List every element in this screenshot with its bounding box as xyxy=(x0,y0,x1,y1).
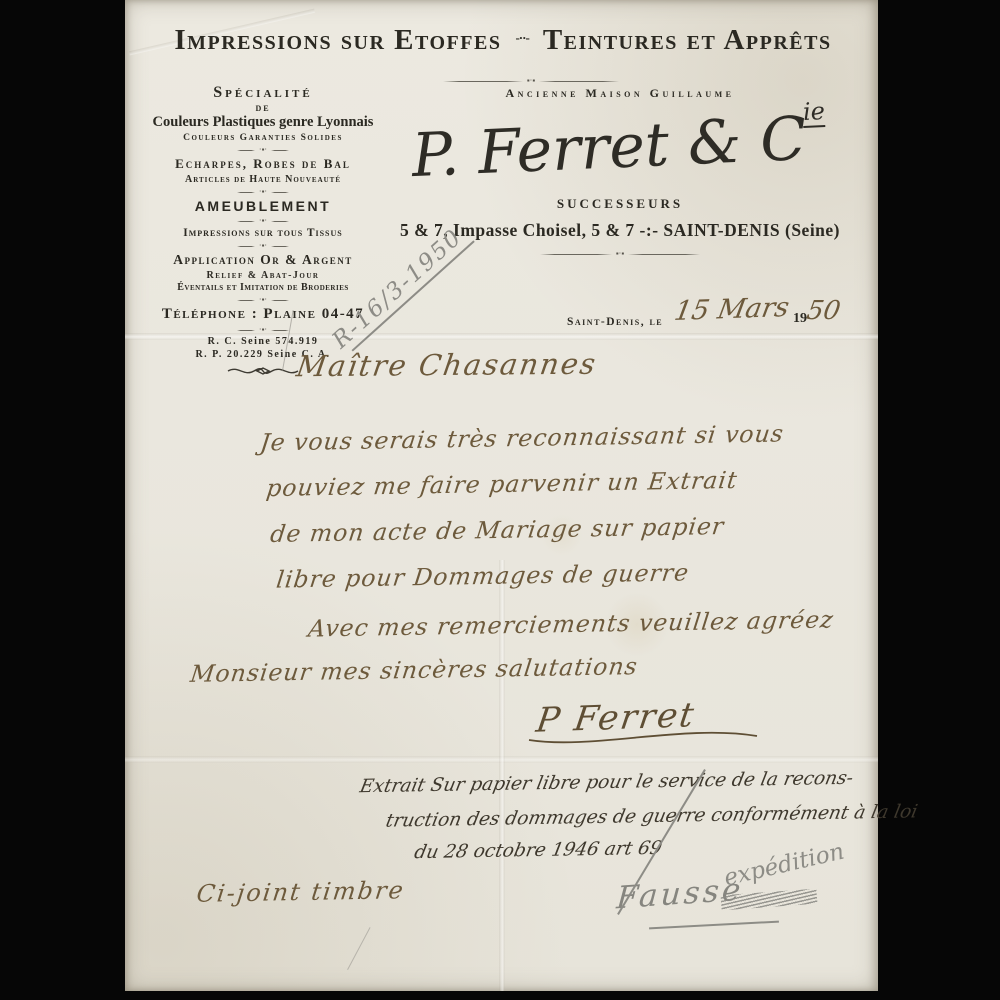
letter-body-line: pouviez me faire parvenir un Extrait xyxy=(265,466,740,502)
sidebar-articles: Articles de Haute Nouveauté xyxy=(149,174,377,185)
dateline-printed-label: Saint-Denis, le xyxy=(567,316,663,328)
sidebar-echarpes: Echarpes, Robes de Bal xyxy=(149,156,377,172)
sidebar-couleurs-plastiques: Couleurs Plastiques genre Lyonnais xyxy=(149,114,377,131)
banner-title-right: Teintures et Apprêts xyxy=(543,24,832,57)
company-name-text: P. Ferret & C xyxy=(410,104,807,191)
fold-crease xyxy=(125,756,878,763)
divider-ornament: ▪·▪ xyxy=(540,251,700,257)
letter-body-line: libre pour Dommages de guerre xyxy=(275,558,691,593)
notary-annotation-line: du 28 octobre 1946 art 69 xyxy=(413,838,664,863)
letterhead-banner: Impressions sur Etoffes -··- Teintures e… xyxy=(153,24,853,57)
attachment-note: Ci-joint timbre xyxy=(195,876,406,908)
notary-annotation-line: Extrait Sur papier libre pour le service… xyxy=(358,768,855,798)
divider-ornament: ▪·▪ xyxy=(443,78,619,84)
company-name-script: P. Ferret & Cie xyxy=(371,90,869,204)
scan-background: Impressions sur Etoffes -··- Teintures e… xyxy=(0,0,1000,1000)
handwritten-year: 50 xyxy=(804,296,842,326)
pencil-faint-slash xyxy=(347,927,371,970)
sidebar-application-or-argent: Application Or & Argent xyxy=(149,252,377,268)
divider-ornament: ·▪· xyxy=(237,327,289,333)
pencil-underline xyxy=(649,921,779,930)
divider-ornament: ·▪· xyxy=(237,297,289,303)
company-name-superscript: ie xyxy=(802,97,825,128)
handwritten-date: 15 Mars xyxy=(672,292,792,327)
sidebar-ameublement: AMEUBLEMENT xyxy=(149,198,377,214)
banner-separator-ornament: -··- xyxy=(515,30,528,46)
sidebar-specialite: Spécialité xyxy=(149,84,377,102)
letter-body-line: Monsieur mes sincères salutations xyxy=(189,652,640,688)
divider-ornament: ·▪· xyxy=(237,243,289,249)
divider-ornament: ·▪· xyxy=(237,189,289,195)
letter-paper: Impressions sur Etoffes -··- Teintures e… xyxy=(125,0,878,991)
signature-flourish xyxy=(523,716,763,757)
notary-annotation-line: truction des dommages de guerre conformé… xyxy=(384,801,919,831)
sidebar-couleurs-garanties: Couleurs Garanties Solides xyxy=(149,133,377,143)
sidebar-de: DE xyxy=(149,104,377,113)
divider-ornament: ·▪· xyxy=(237,218,289,224)
sidebar-eventails: Éventails et Imitation de Broderies xyxy=(149,282,377,293)
letter-salutation: Maître Chasannes xyxy=(294,347,599,384)
banner-title-left: Impressions sur Etoffes xyxy=(174,24,501,57)
sidebar-relief-abatjour: Relief & Abat-Jour xyxy=(149,270,377,281)
letter-body-line: de mon acte de Mariage sur papier xyxy=(269,512,726,548)
divider-ornament: ·▪· xyxy=(237,147,289,153)
letter-body-line: Je vous serais très reconnaissant si vou… xyxy=(259,419,786,456)
sidebar-impressions-tissus: Impressions sur tous Tissus xyxy=(149,227,377,239)
pencil-correction-word: expédition xyxy=(722,839,847,892)
letter-body-line: Avec mes remerciements veuillez agréez xyxy=(307,605,836,642)
